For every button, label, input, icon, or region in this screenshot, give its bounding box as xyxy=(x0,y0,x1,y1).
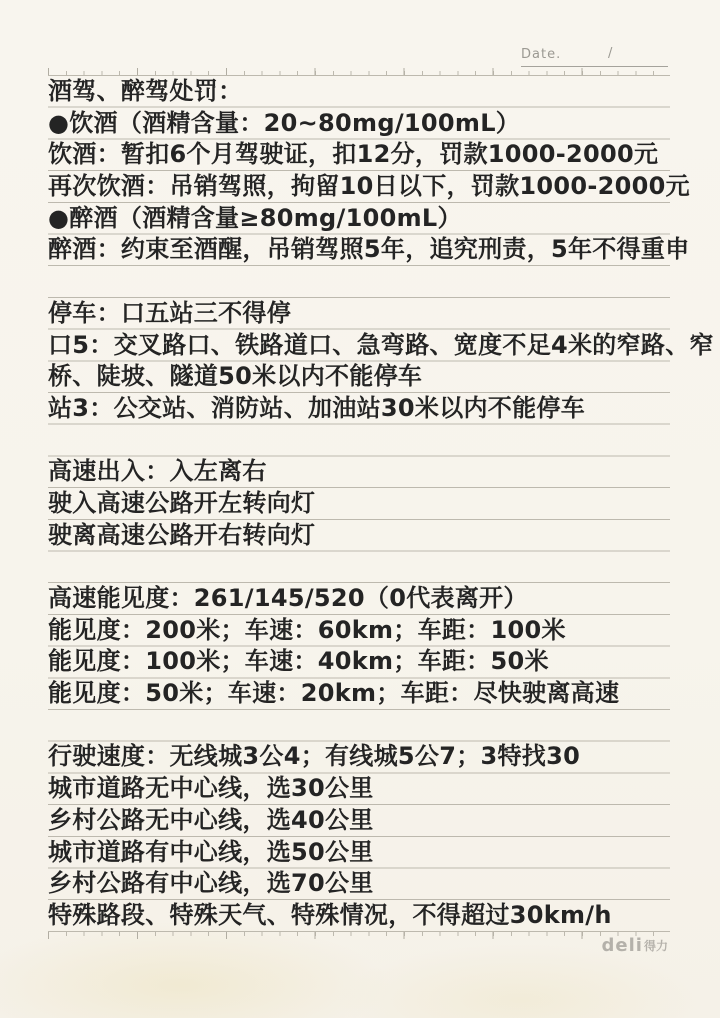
date-separator: / xyxy=(608,46,612,61)
note-line: 站3：公交站、消防站、加油站30米以内不能停车 xyxy=(48,392,688,424)
deli-logo-cjk: 得力 xyxy=(644,936,668,956)
note-line: 醉酒：约束至酒醒，吊销驾照5年，追究刑责，5年不得重申 xyxy=(48,233,688,265)
note-line: 乡村公路有中心线，选70公里 xyxy=(48,867,688,899)
note-line: 再次饮酒：吊销驾照，拘留10日以下，罚款1000-2000元 xyxy=(48,170,688,202)
note-line: 城市道路无中心线，选30公里 xyxy=(48,772,688,804)
date-underline xyxy=(521,66,668,67)
date-label: Date. xyxy=(521,47,561,62)
note-line: 特殊路段、特殊天气、特殊情况，不得超过30km/h xyxy=(48,899,688,931)
section-drunk-driving-penalties: 酒驾、醉驾处罚： ●饮酒（酒精含量：20~80mg/100mL） 饮酒：暂扣6个… xyxy=(48,75,688,265)
section-driving-speed: 行驶速度：无线城3公4；有线城5公7；3特找30 城市道路无中心线，选30公里 … xyxy=(48,740,688,930)
note-line: 酒驾、醉驾处罚： xyxy=(48,75,688,107)
note-line: 驶入高速公路开左转向灯 xyxy=(48,487,688,519)
note-line: 高速能见度：261/145/520（0代表离开） xyxy=(48,582,688,614)
note-line: ●醉酒（酒精含量≥80mg/100mL） xyxy=(48,202,688,234)
note-line: 桥、陡坡、隧道50米以内不能停车 xyxy=(48,360,688,392)
note-line: 城市道路有中心线，选50公里 xyxy=(48,836,688,868)
note-line: 高速出入：入左离右 xyxy=(48,455,688,487)
note-line: 乡村公路无中心线，选40公里 xyxy=(48,804,688,836)
section-highway-enter-exit: 高速出入：入左离右 驶入高速公路开左转向灯 驶离高速公路开右转向灯 xyxy=(48,455,688,550)
note-line: 驶离高速公路开右转向灯 xyxy=(48,519,688,551)
note-line: 停车：口五站三不得停 xyxy=(48,297,688,329)
section-highway-visibility: 高速能见度：261/145/520（0代表离开） 能见度：200米；车速：60k… xyxy=(48,582,688,709)
top-tick-marks-major xyxy=(48,68,670,75)
note-line: 能见度：100米；车速：40km；车距：50米 xyxy=(48,645,688,677)
deli-logo-latin: deli xyxy=(602,936,643,956)
handwritten-notes: 酒驾、醉驾处罚： ●饮酒（酒精含量：20~80mg/100mL） 饮酒：暂扣6个… xyxy=(48,75,688,931)
section-parking-rules: 停车：口五站三不得停 口5：交叉路口、铁路道口、急弯路、宽度不足4米的窄路、窄 … xyxy=(48,297,688,424)
note-line: ●饮酒（酒精含量：20~80mg/100mL） xyxy=(48,107,688,139)
note-line: 口5：交叉路口、铁路道口、急弯路、宽度不足4米的窄路、窄 xyxy=(48,329,688,361)
bottom-tick-marks-major xyxy=(48,932,670,939)
note-line: 行驶速度：无线城3公4；有线城5公7；3特找30 xyxy=(48,740,688,772)
deli-logo: deli得力 xyxy=(602,936,668,956)
note-line: 饮酒：暂扣6个月驾驶证，扣12分，罚款1000-2000元 xyxy=(48,138,688,170)
note-line: 能见度：50米；车速：20km；车距：尽快驶离高速 xyxy=(48,677,688,709)
note-line: 能见度：200米；车速：60km；车距：100米 xyxy=(48,614,688,646)
